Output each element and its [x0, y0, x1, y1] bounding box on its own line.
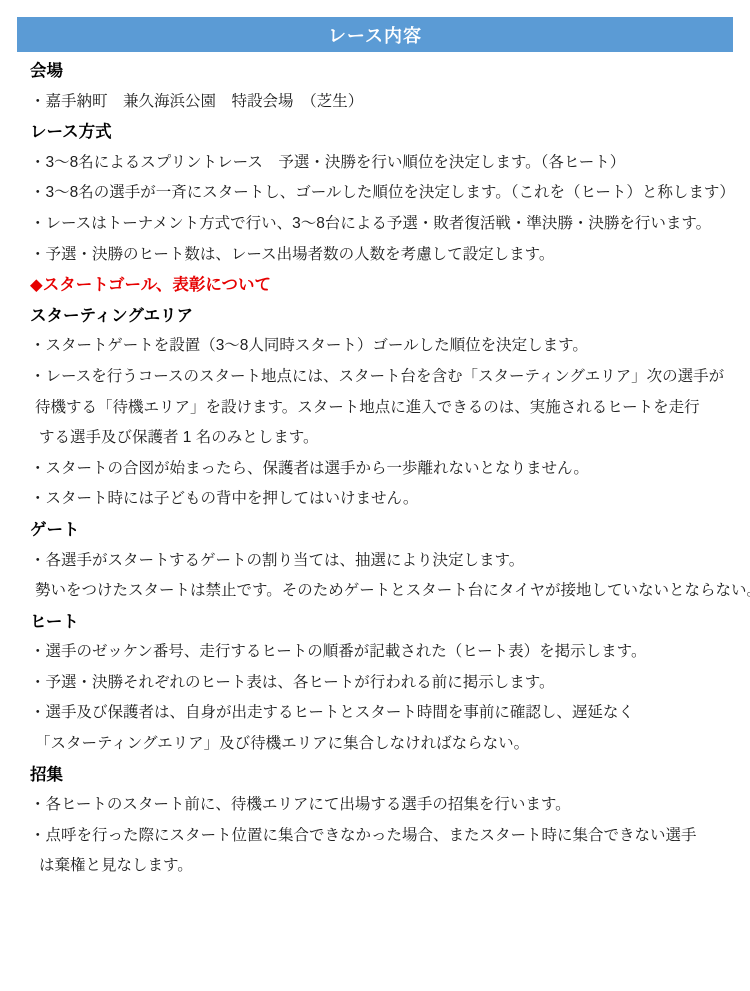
document-body: 会場・嘉手納町 兼久海浜公園 特設会場 （芝生）レース方式・3～8名によるスプリ… — [30, 56, 736, 882]
section-title-bar: レース内容 — [17, 17, 733, 52]
paragraph-line: する選手及び保護者 1 名のみとします。 — [30, 423, 736, 454]
paragraph-line: ・スタート時には子どもの背中を押してはいけません。 — [30, 484, 736, 515]
paragraph-line: ・嘉手納町 兼久海浜公園 特設会場 （芝生） — [30, 87, 736, 118]
paragraph-line: ・各選手がスタートするゲートの割り当ては、抽選により決定します。 — [30, 546, 736, 577]
paragraph-line: ・スタートの合図が始まったら、保護者は選手から一歩離れないとなりません。 — [30, 454, 736, 485]
section-heading: レース方式 — [30, 117, 736, 148]
paragraph-line: ・各ヒートのスタート前に、待機エリアにて出場する選手の招集を行います。 — [30, 790, 736, 821]
section-heading: ヒート — [30, 607, 736, 638]
paragraph-line: ・予選・決勝のヒート数は、レース出場者数の人数を考慮して設定します。 — [30, 240, 736, 271]
paragraph-line: ・点呼を行った際にスタート位置に集合できなかった場合、またスタート時に集合できな… — [30, 821, 736, 852]
paragraph-line: ・3～8名によるスプリントレース 予選・決勝を行い順位を決定します。（各ヒート） — [30, 148, 736, 179]
paragraph-line: ・レースはトーナメント方式で行い、3～8台による予選・敗者復活戦・準決勝・決勝を… — [30, 209, 736, 240]
red-section-heading: ◆スタートゴール、表彰について — [30, 270, 736, 301]
paragraph-line: 「スターティングエリア」及び待機エリアに集合しなければならない。 — [30, 729, 736, 760]
section-heading: 招集 — [30, 760, 736, 791]
section-heading: ゲート — [30, 515, 736, 546]
paragraph-line: ・スタートゲートを設置（3～8人同時スタート）ゴールした順位を決定します。 — [30, 331, 736, 362]
paragraph-line: ・3～8名の選手が一斉にスタートし、ゴールした順位を決定します。（これを（ヒート… — [30, 178, 736, 209]
paragraph-line: ・予選・決勝それぞれのヒート表は、各ヒートが行われる前に掲示します。 — [30, 668, 736, 699]
paragraph-line: は棄権と見なします。 — [30, 851, 736, 882]
section-heading: スターティングエリア — [30, 301, 736, 332]
paragraph-line: 待機する「待機エリア」を設けます。スタート地点に進入できるのは、実施されるヒート… — [30, 393, 736, 424]
paragraph-line: ・レースを行うコースのスタート地点には、スタート台を含む「スターティングエリア」… — [30, 362, 736, 393]
paragraph-line: ・選手及び保護者は、自身が出走するヒートとスタート時間を事前に確認し、遅延なく — [30, 698, 736, 729]
page-title: レース内容 — [328, 22, 422, 48]
paragraph-line: 勢いをつけたスタートは禁止です。そのためゲートとスタート台にタイヤが接地していな… — [30, 576, 736, 607]
page: { "header": { "label": "レース内容", "bg_colo… — [0, 0, 750, 991]
paragraph-line: ・選手のゼッケン番号、走行するヒートの順番が記載された（ヒート表）を掲示します。 — [30, 637, 736, 668]
section-heading: 会場 — [30, 56, 736, 87]
